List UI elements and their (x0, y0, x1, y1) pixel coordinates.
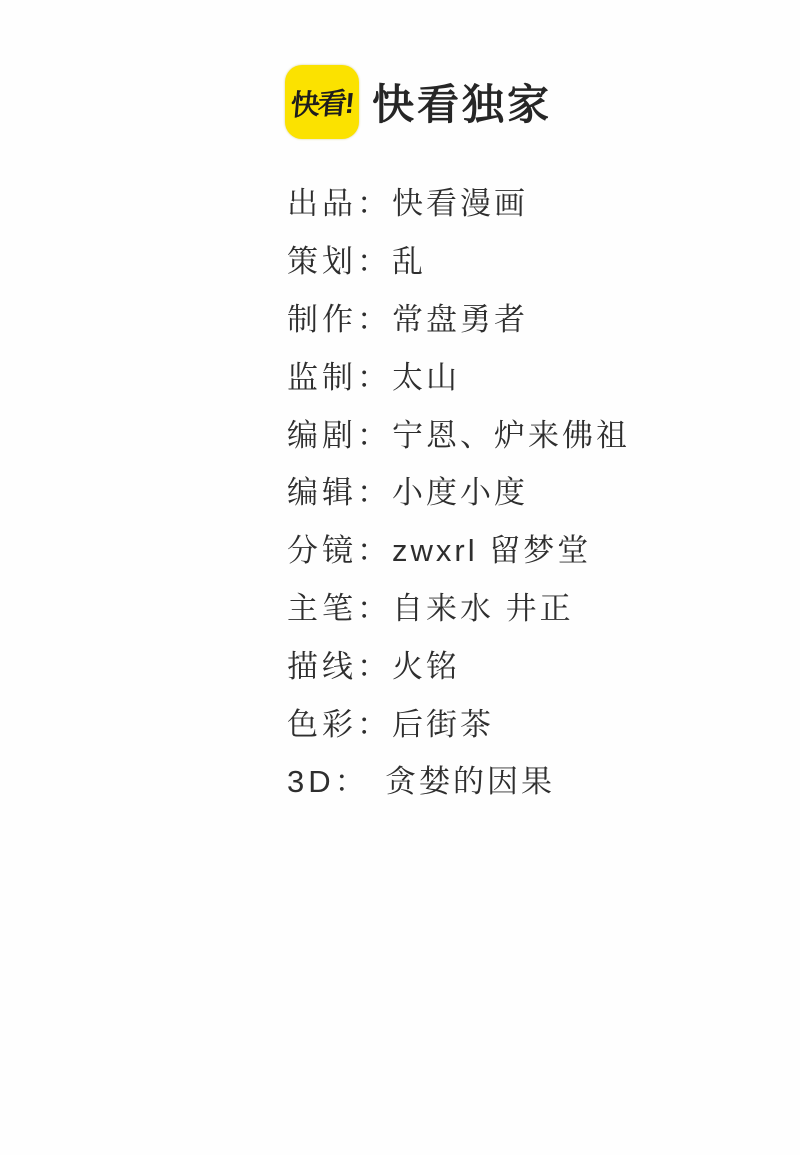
credit-row-supervision: 监制： 太山 (287, 345, 630, 403)
credit-value: 乱 (392, 236, 426, 281)
credit-row-storyboard: 分镜： zwxrl 留梦堂 (287, 519, 630, 577)
credit-row-3d: 3D： 贪婪的因果 (287, 750, 630, 808)
credit-value: 小度小度 (392, 467, 528, 512)
credit-row-production: 制作： 常盘勇者 (287, 288, 630, 346)
credit-label: 策划： (287, 236, 392, 281)
brand-title: 快看独家 (372, 72, 552, 132)
credit-label: 色彩： (287, 699, 392, 744)
credit-label: 监制： (287, 352, 392, 397)
kuaikan-logo-text: 快看! (289, 80, 354, 123)
credit-row-color: 色彩： 后街茶 (287, 692, 630, 750)
credit-label: 出品： (287, 178, 392, 223)
credit-row-lead-artist: 主笔： 自来水 井正 (287, 577, 630, 635)
credit-label: 制作： (287, 294, 392, 339)
credits-page: 快看! 快看独家 出品： 快看漫画 策划： 乱 制作： 常盘勇者 监制： 太山 … (0, 0, 800, 1155)
credit-label: 3D： (287, 756, 385, 801)
credit-label: 描线： (287, 641, 392, 686)
kuaikan-logo-icon: 快看! (285, 65, 359, 139)
credit-value: 火铭 (392, 641, 460, 686)
credit-label: 编辑： (287, 467, 392, 512)
credit-value: 后街茶 (392, 699, 494, 744)
credits-list: 出品： 快看漫画 策划： 乱 制作： 常盘勇者 监制： 太山 编剧： 宁恩、炉来… (287, 172, 630, 808)
credit-row-planning: 策划： 乱 (287, 230, 630, 288)
credit-value: zwxrl 留梦堂 (392, 525, 591, 570)
credit-label: 主笔： (287, 583, 392, 628)
credit-row-line-art: 描线： 火铭 (287, 634, 630, 692)
brand-header: 快看! 快看独家 (285, 65, 552, 139)
credit-row-editor: 编辑： 小度小度 (287, 461, 630, 519)
credit-value: 快看漫画 (392, 178, 528, 223)
credit-row-produced-by: 出品： 快看漫画 (287, 172, 630, 230)
credit-value: 宁恩、炉来佛祖 (392, 410, 630, 455)
credit-row-screenwriter: 编剧： 宁恩、炉来佛祖 (287, 403, 630, 461)
credit-value: 太山 (392, 352, 460, 397)
credit-value: 贪婪的因果 (385, 756, 555, 801)
credit-label: 编剧： (287, 410, 392, 455)
credit-value: 常盘勇者 (392, 294, 528, 339)
credit-label: 分镜： (287, 525, 392, 570)
credit-value: 自来水 井正 (392, 583, 574, 628)
